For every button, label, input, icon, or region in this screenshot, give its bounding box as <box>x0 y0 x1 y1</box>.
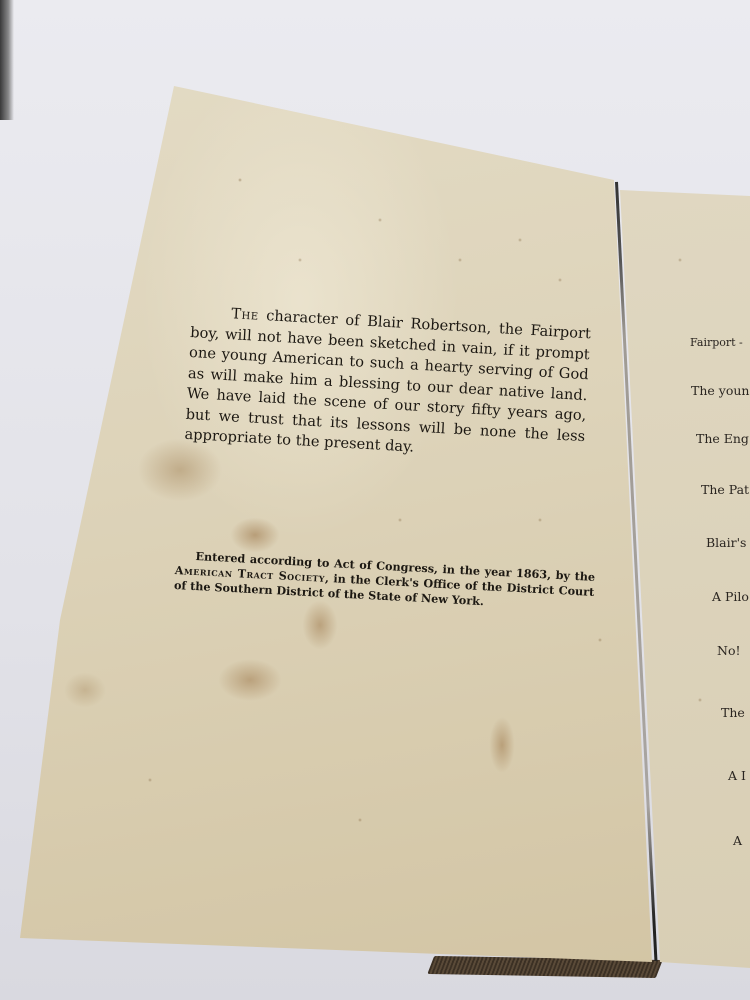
preface-lead: The <box>231 305 259 323</box>
preface-text: The character of Blair Robertson, the Fa… <box>184 302 591 468</box>
toc-entry: Fairport - <box>690 336 743 349</box>
toc-entry: A Pilo <box>712 589 749 604</box>
toc-entry: The Eng <box>696 431 749 446</box>
shadow-edge <box>0 0 14 120</box>
toc-entry: A <box>733 833 742 848</box>
toc-entry: A I <box>728 768 746 783</box>
preface-body: character of Blair Robertson, the Fairpo… <box>184 307 591 456</box>
toc-entry: Blair's <box>706 535 746 550</box>
photo-scene: The character of Blair Robertson, the Fa… <box>0 0 750 1000</box>
bleed-through-heading <box>261 170 271 195</box>
toc-entry: No! <box>717 643 741 658</box>
toc-entry: The youn <box>691 383 749 398</box>
toc-entry: The Pat <box>701 482 749 497</box>
toc-entry: The <box>721 705 745 720</box>
